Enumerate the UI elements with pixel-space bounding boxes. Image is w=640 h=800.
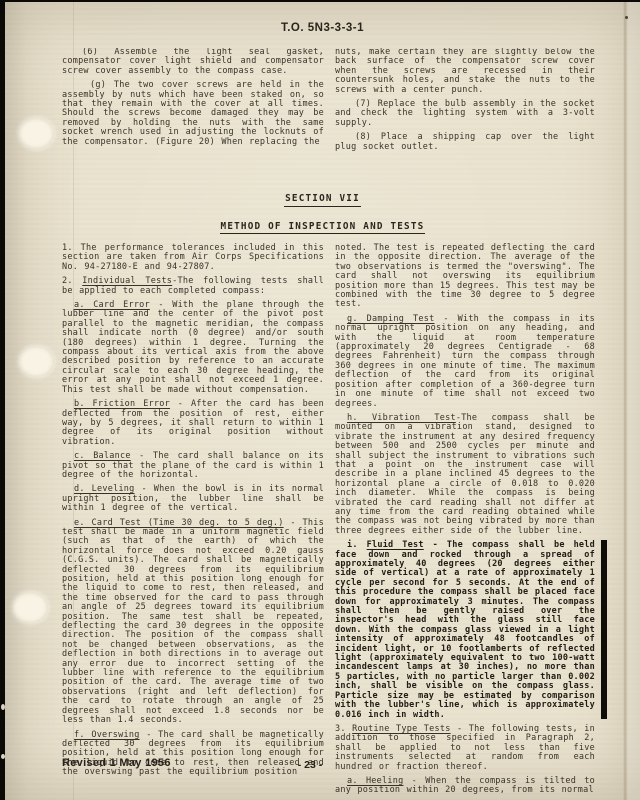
paper: T.O. 5N3-3-3-1 (6) Assemble the light se… xyxy=(5,2,640,800)
section-title-line: SECTION VII xyxy=(5,186,640,207)
paragraph: nuts, make certain they are slightly bel… xyxy=(335,48,595,95)
paragraph: d. Leveling - When the bowl is in its no… xyxy=(62,485,324,513)
paragraph: a. Heeling - When the compass is tilted … xyxy=(335,777,595,796)
paragraph: g. Damping Test - With the compass in it… xyxy=(335,315,595,409)
punch-hole xyxy=(19,118,54,149)
text-run: (8) Place a shipping cap over the light … xyxy=(335,132,595,151)
body-right-column: noted. The test is repeated deflecting t… xyxy=(335,244,595,796)
paragraph: c. Balance - The card shall balance on i… xyxy=(62,452,324,480)
top-section: (6) Assemble the light seal gasket, comp… xyxy=(5,48,640,166)
text-run: - With the compass in its normal upright… xyxy=(335,314,595,409)
top-left-column: (6) Assemble the light seal gasket, comp… xyxy=(62,48,324,166)
paragraph: i. Fluid Test - The compass shall be hel… xyxy=(335,541,595,720)
paragraph: (g) The two cover screws are held in the… xyxy=(62,81,324,147)
scan-speck xyxy=(625,16,628,19)
text-run: 1. The performance tolerances included i… xyxy=(62,243,324,272)
paragraph: h. Vibration Test-The compass shall be m… xyxy=(335,414,595,536)
paragraph: e. Card Test (Time 30 deg. to 5 deg.) - … xyxy=(62,519,324,726)
paragraph: b. Friction Error - After the card has b… xyxy=(62,400,324,447)
footer-revised-date: Revised 1 May 1956 xyxy=(62,757,171,769)
page-number: - 23 - xyxy=(230,759,390,771)
body-section: 1. The performance tolerances included i… xyxy=(5,244,640,796)
doc-title: T.O. 5N3-3-3-1 xyxy=(5,22,640,34)
section-subtitle: METHOD OF INSPECTION AND TESTS xyxy=(220,221,426,235)
scan-speck xyxy=(1,754,5,759)
paragraph: noted. The test is repeated deflecting t… xyxy=(335,244,595,310)
scan-speck xyxy=(1,704,5,710)
section-title: SECTION VII xyxy=(284,193,361,207)
text-run: (7) Replace the bulb assembly in the soc… xyxy=(335,99,595,128)
paragraph: 1. The performance tolerances included i… xyxy=(62,244,324,272)
text-run: -The compass shall be mounted on a vibra… xyxy=(335,413,595,536)
top-right-column: nuts, make certain they are slightly bel… xyxy=(335,48,595,166)
paragraph: (7) Replace the bulb assembly in the soc… xyxy=(335,100,595,128)
text-run: - The compass shall be held face down an… xyxy=(335,540,595,719)
text-run: noted. The test is repeated deflecting t… xyxy=(335,243,595,309)
paragraph: (6) Assemble the light seal gasket, comp… xyxy=(62,48,324,76)
text-run: (6) Assemble the light seal gasket, comp… xyxy=(62,48,324,76)
section-subtitle-line: METHOD OF INSPECTION AND TESTS xyxy=(5,214,640,235)
text-run: - This test shall be made in a uniform m… xyxy=(62,518,324,726)
section-heading: SECTION VII METHOD OF INSPECTION AND TES… xyxy=(5,186,640,234)
body-left-column: 1. The performance tolerances included i… xyxy=(62,244,324,796)
text-run: - With the plane through the lubber line… xyxy=(62,300,324,395)
paragraph: a. Card Error - With the plane through t… xyxy=(62,301,324,395)
change-bar xyxy=(601,540,607,719)
text-run: nuts, make certain they are slightly bel… xyxy=(335,48,595,95)
paragraph: (8) Place a shipping cap over the light … xyxy=(335,133,595,152)
punch-hole xyxy=(19,346,54,377)
text-run: (g) The two cover screws are held in the… xyxy=(62,80,324,146)
scanned-page: T.O. 5N3-3-3-1 (6) Assemble the light se… xyxy=(0,0,640,800)
punch-hole xyxy=(13,592,48,623)
paragraph: 2. Individual Tests-The following tests … xyxy=(62,277,324,296)
